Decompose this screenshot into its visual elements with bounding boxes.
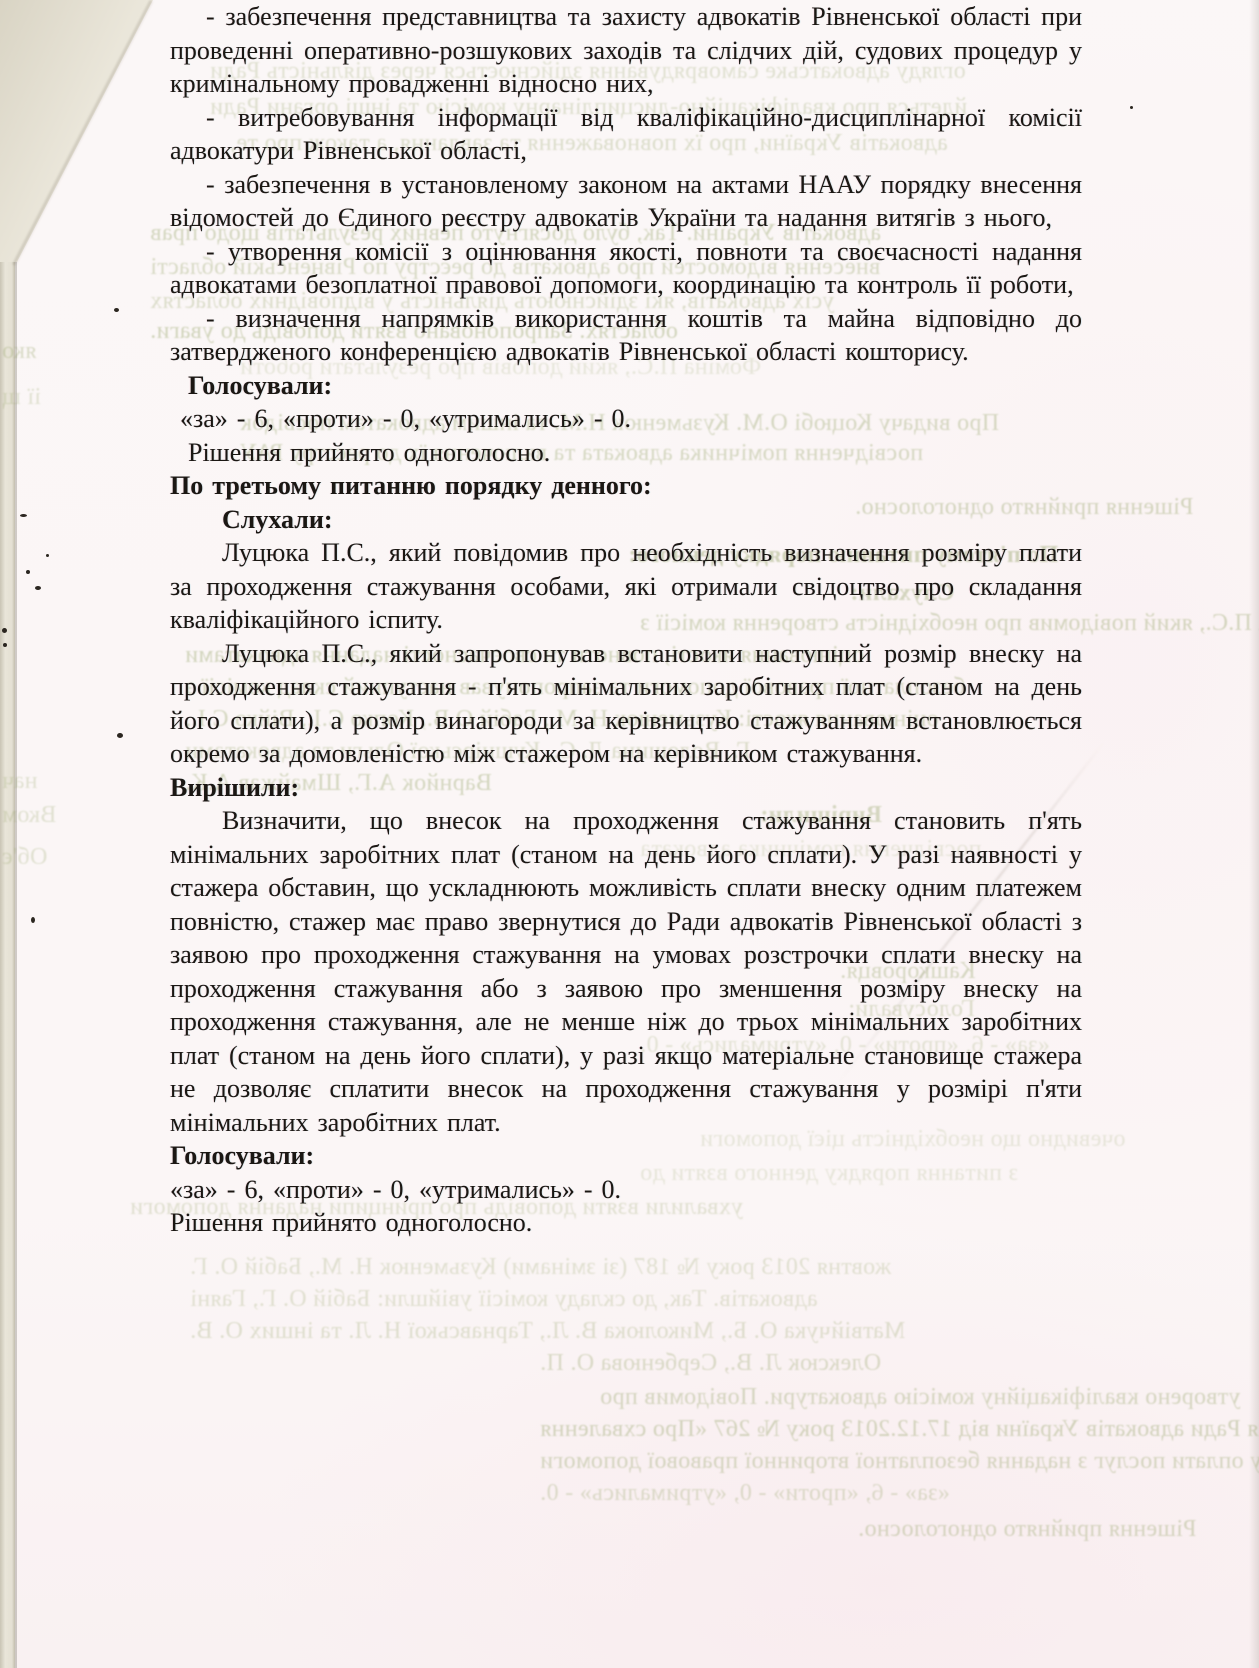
bleedthrough-line: рішення Ради адвокатів України від 17.12…	[540, 1414, 1259, 1444]
vote-result-line-2: «за» - 6, «проти» - 0, «утримались» - 0.	[170, 1173, 1082, 1207]
ink-speck	[1130, 106, 1133, 109]
resolved-heading: Вирішили:	[170, 771, 1082, 805]
decision-unanimous-line-1: Рішення прийнято одноголосно.	[170, 436, 1082, 470]
decision-unanimous-line-2: Рішення прийнято одноголосно.	[170, 1206, 1082, 1240]
ink-speck	[20, 514, 27, 517]
ink-speck	[2, 628, 7, 633]
bleedthrough-line: адвокатів. Так, до складу комісії увійшл…	[190, 1284, 818, 1314]
bleedthrough-line: «за» - 6, «проти» - 0, «утримались» - 0.	[540, 1478, 950, 1508]
duties-list-item-2: - витребовування інформації від кваліфік…	[170, 101, 1082, 168]
duties-list-item-3: - забезпечення в установленому законом н…	[170, 168, 1082, 235]
ink-speck	[26, 570, 30, 574]
ink-speck	[114, 308, 119, 312]
ink-speck	[117, 733, 123, 738]
duties-list-item-4: - утворення комісії з оцінювання якості,…	[170, 235, 1082, 302]
bleedthrough-line: Олексюк Л. В., Сербенюва О. П.	[540, 1348, 881, 1378]
vote-heading-2: Голосували:	[170, 1139, 1082, 1173]
page-right-edge-shadow	[1249, 0, 1259, 1668]
vote-heading-1: Голосували:	[170, 369, 1082, 403]
ink-speck	[35, 586, 41, 590]
duties-list-item-5: - визначення напрямків використання кошт…	[170, 302, 1082, 369]
resolution-paragraph: Визначити, що внесок на проходження стаж…	[170, 804, 1082, 1139]
document-text: - забезпечення представництва та захисту…	[170, 0, 1082, 1240]
scanned-document-page: огляду адвокатське самоврядування здійсн…	[0, 0, 1259, 1668]
ink-speck	[46, 554, 49, 557]
vote-result-line-1: «за» - 6, «проти» - 0, «утримались» - 0.	[170, 402, 1082, 436]
agenda-item-3-heading: По третьому питанню порядку денного:	[170, 469, 1082, 503]
bleedthrough-line: утворено кваліфікаційну комісію адвокату…	[600, 1382, 1241, 1412]
bleedthrough-line: жовтня 2013 року № 187 (зі змінами) Кузь…	[190, 1252, 891, 1282]
speaker-paragraph-1: Луцюка П.С., який повідомив про необхідн…	[170, 536, 1082, 637]
speaker-paragraph-2: Луцюка П.С., який запропонував встановит…	[170, 637, 1082, 771]
bleedthrough-line: Рішення прийнято одноголосно.	[858, 1514, 1197, 1544]
ink-speck	[31, 917, 35, 923]
ink-speck	[3, 643, 7, 647]
bleedthrough-line: Матвійчука О. Б., Миколюка В. Л., Тарнав…	[190, 1316, 905, 1346]
heard-heading: Слухали:	[170, 503, 1082, 537]
duties-list-item-1: - забезпечення представництва та захисту…	[170, 0, 1082, 101]
bleedthrough-line: проекту порядку оплати послуг з надання …	[540, 1446, 1259, 1476]
